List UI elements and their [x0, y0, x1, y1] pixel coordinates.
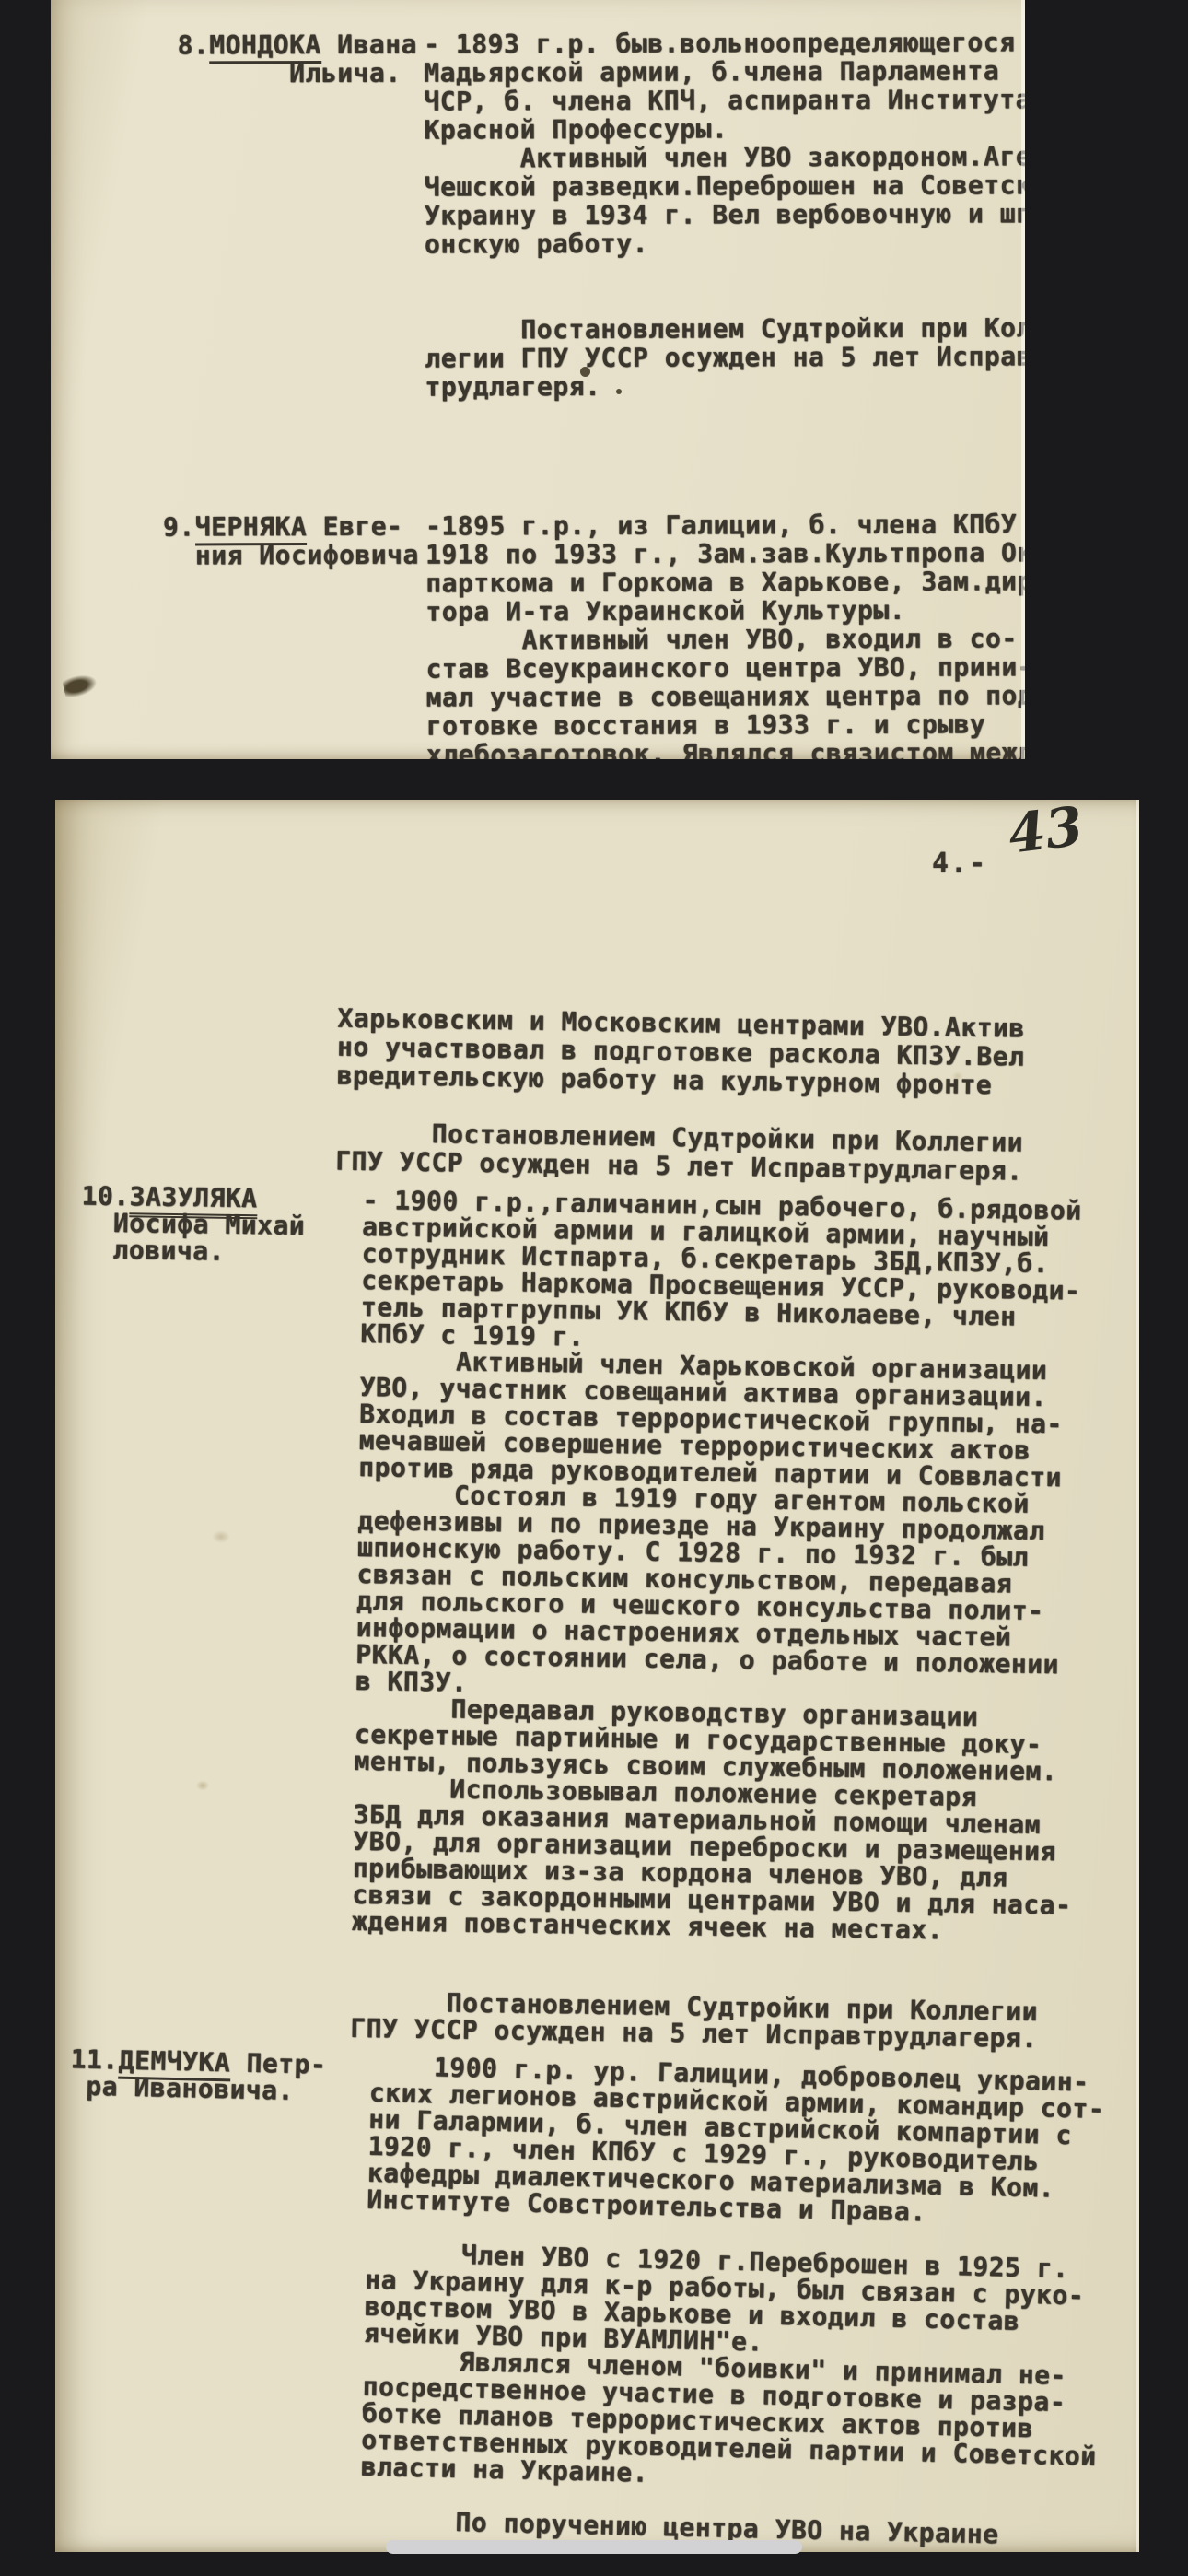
entry-name-line: 8.МОНДОКА Ивана [161, 30, 417, 60]
entry-9: 9.ЧЕРНЯКА Евге- ния Иосифовича-1895 г.р.… [163, 509, 1025, 759]
typed-line: парткома и Горкома в Харькове, Зам.дирек… [425, 567, 1025, 597]
typed-line: онскую работу. [425, 228, 1025, 258]
entry-given-name: Ивана [321, 29, 417, 60]
entry-number: 8. [161, 29, 209, 60]
typed-line: Ильича. [161, 59, 417, 88]
typed-line: Мадьярской армии, б.члена Парламента [424, 56, 1025, 87]
typed-line: став Всеукраинского центра УВО, прини- [425, 652, 1025, 683]
typed-line: Активный член УВО, входил в со- [425, 624, 1025, 654]
typed-line: Украину в 1934 г. Вел вербовочную и шпи- [425, 199, 1025, 229]
document-page-1: 8.МОНДОКА Ивана Ильича.- 1893 г.р. быв.в… [51, 0, 1025, 759]
ink-dot [616, 389, 622, 394]
typed-line: ра Ивановича. [70, 2072, 326, 2104]
typed-line: Активный член УВО закордоном.Агент [425, 142, 1025, 172]
entry-name-column: 8.МОНДОКА Ивана Ильича. [161, 30, 417, 88]
typed-line: -1895 г.р., из Галиции, б. члена КПбУ с [425, 509, 1025, 540]
typed-line [425, 285, 1025, 315]
typed-line: ЧСР, б. члена КПЧ, аспиранта Института [424, 85, 1025, 115]
entry-name-column: 11.ДЕМЧУКА Петр- ра Ивановича. [70, 2045, 327, 2104]
typed-line: легии ГПУ УССР осужден на 5 лет Исправ- [425, 342, 1025, 372]
typed-line: мал участие в совещаниях центра по под- [426, 681, 1025, 711]
typed-line: Чешской разведки.Переброшен на Советскую [425, 170, 1025, 201]
page-1-text-area: 8.МОНДОКА Ивана Ильича.- 1893 г.р. быв.в… [51, 0, 1025, 759]
typed-line: - 1893 г.р. быв.вольноопределяющегося [424, 28, 1025, 58]
typed-line: хлебозаготовок. Являлся связистом между [426, 738, 1025, 759]
entry-body: 1900 г.р. ур. Галиции, доброволец украин… [359, 2053, 1123, 2550]
entry-9-continuation: Харьковским и Московским центрами УВО.Ак… [335, 1004, 1136, 1188]
typed-line: тора И-та Украинской Культуры. [425, 595, 1025, 626]
typed-line [425, 256, 1025, 287]
entry-body: -1895 г.р., из Галиции, б. члена КПбУ с1… [425, 509, 1025, 759]
entry-8: 8.МОНДОКА Ивана Ильича.- 1893 г.р. быв.в… [161, 28, 1025, 402]
typed-line: трудлагеря. [425, 370, 1025, 401]
entry-name-line: 9.ЧЕРНЯКА Евге- [163, 512, 419, 542]
entry-body: - 1893 г.р. быв.вольноопределяющегосяМад… [424, 28, 1025, 401]
entry-name-column: 10.ЗАЗУЛЯКА Иосифа Михай ловича. [81, 1182, 306, 1266]
entry-name-column: 9.ЧЕРНЯКА Евге- ния Иосифовича [163, 512, 419, 570]
entry-10: 10.ЗАЗУЛЯКА Иосифа Михай ловича.- 1900 г… [69, 1182, 1134, 2053]
typed-line: готовке восстания в 1933 г. и срыву [426, 709, 1025, 740]
typed-line: Красной Профессуры. [424, 113, 1025, 144]
entry-number: 9. [163, 511, 195, 542]
ink-dot [580, 367, 590, 377]
typed-line: 1918 по 1933 г., Зам.зав.Культпропа Окр- [425, 538, 1025, 568]
typed-line: ния Иосифовича [163, 541, 419, 570]
entry-given-name: Евге- [307, 511, 402, 542]
typed-line: Постановлением Судтройки при Кол- [425, 313, 1025, 344]
entry-11: 11.ДЕМЧУКА Петр- ра Ивановича. 1900 г.р.… [60, 2045, 1123, 2550]
photo-viewer-screen: 8.МОНДОКА Ивана Ильича.- 1893 г.р. быв.в… [0, 0, 1188, 2576]
document-page-2: 43 4.- Харьковским и Московским центрами… [55, 800, 1139, 2552]
entry-body: - 1900 г.р.,галичанин,сын рабочего, б.ря… [350, 1187, 1134, 2053]
page-2-text-area: Харьковским и Московским центрами УВО.Ак… [55, 800, 1139, 2552]
home-indicator[interactable] [386, 2540, 802, 2554]
